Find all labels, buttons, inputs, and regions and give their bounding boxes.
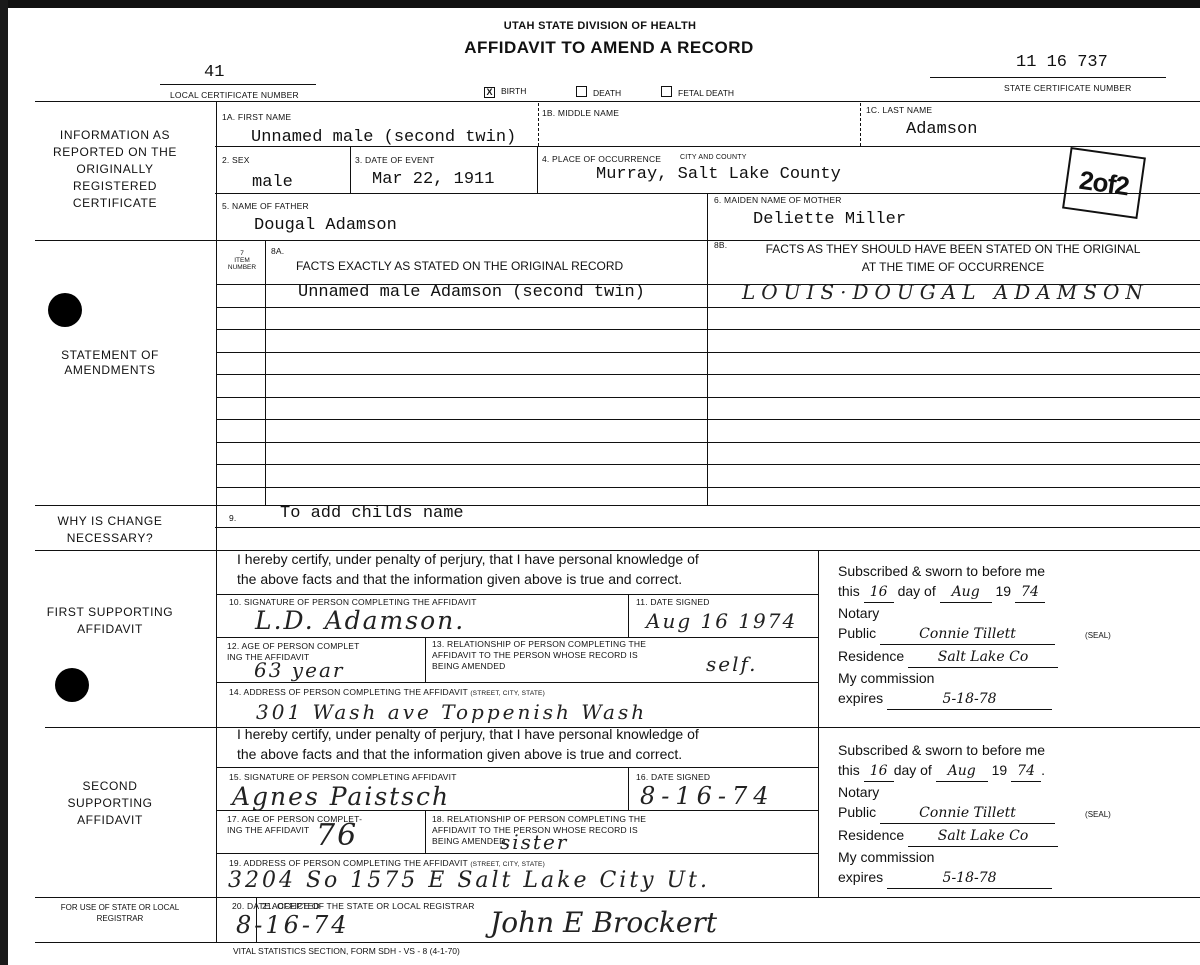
place-sublabel: CITY AND COUNTY — [680, 154, 747, 161]
first-name-value: Unnamed male (second twin) — [251, 128, 516, 147]
rule-f1 — [216, 594, 818, 595]
rule-f3 — [216, 682, 818, 683]
col-8a-header: FACTS EXACTLY AS STATED ON THE ORIGINAL … — [296, 259, 623, 273]
rule-section5 — [35, 897, 1200, 898]
checkbox-fetal-death[interactable]: FETAL DEATH — [661, 86, 734, 98]
page-stamp: 2of2 — [1062, 147, 1146, 219]
date-of-event-value: Mar 22, 1911 — [372, 170, 494, 189]
second-age-value: 76 — [316, 818, 358, 853]
first-notary-expires: 5-18-78 — [887, 689, 1052, 710]
punch-hole-2 — [55, 668, 89, 702]
first-address-label: 14. ADDRESS OF PERSON COMPLETING THE AFF… — [229, 687, 545, 697]
first-certify-line1: I hereby certify, under penalty of perju… — [237, 551, 699, 567]
why-num: 9. — [229, 513, 237, 523]
state-cert-label: STATE CERTIFICATE NUMBER — [1004, 83, 1131, 93]
section-statement-label: STATEMENT OF AMENDMENTS — [40, 348, 180, 377]
second-address-label: 19. ADDRESS OF PERSON COMPLETING THE AFF… — [229, 858, 545, 868]
middle-name-label: 1B. MIDDLE NAME — [542, 108, 619, 118]
amend-row-line — [216, 374, 1200, 375]
checkbox-mark-birth: X — [484, 87, 495, 98]
state-cert-line — [930, 77, 1166, 78]
rule-f2 — [216, 637, 818, 638]
first-age-value: 63 year — [254, 658, 344, 682]
rule-section2 — [35, 505, 1200, 506]
section-why-label: WHY IS CHANGE NECESSARY? — [40, 513, 180, 547]
form-footer: VITAL STATISTICS SECTION, FORM SDH - VS … — [233, 946, 460, 956]
second-notary-expires: 5-18-78 — [887, 868, 1052, 889]
punch-hole-1 — [48, 293, 82, 327]
second-date-value: 8-16-74 — [640, 782, 775, 810]
second-signature[interactable]: Agnes Paistsch — [232, 782, 450, 811]
last-name-label: 1C. LAST NAME — [866, 105, 932, 115]
col-8b-header: FACTS AS THEY SHOULD HAVE BEEN STATED ON… — [708, 240, 1198, 276]
father-value: Dougal Adamson — [254, 216, 397, 235]
first-notary-block: Subscribed & sworn to before me this 16 … — [838, 561, 1198, 710]
first-notary-day: 16 — [864, 582, 894, 603]
first-relationship-label: 13. RELATIONSHIP OF PERSON COMPLETING TH… — [432, 639, 646, 672]
second-relationship-value: sister — [500, 830, 568, 854]
rule-top — [35, 101, 1200, 102]
first-notary-year: 74 — [1015, 582, 1045, 603]
rule-1b-1c — [860, 103, 861, 146]
rule-3-4 — [537, 146, 538, 193]
father-label: 5. NAME OF FATHER — [222, 201, 309, 211]
first-signature[interactable]: L.D. Adamson. — [255, 606, 465, 635]
section-second-label: SECOND SUPPORTING AFFIDAVIT — [40, 778, 180, 829]
second-date-label: 16. DATE SIGNED — [636, 772, 710, 782]
local-cert-label: LOCAL CERTIFICATE NUMBER — [170, 90, 299, 100]
checkbox-mark-death — [576, 86, 587, 97]
amend-row-line — [216, 464, 1200, 465]
rule-5-6 — [707, 193, 708, 240]
first-date-value: Aug 16 1974 — [646, 609, 797, 633]
amendment-corrected-value: LOUIS·DOUGAL ADAMSON — [742, 280, 1149, 304]
registrar-signature[interactable]: John E Brockert — [490, 906, 717, 939]
amend-row-line — [216, 307, 1200, 308]
rule-1a-1b — [538, 103, 539, 146]
first-relationship-value: self. — [706, 652, 758, 676]
rule-notary-col — [818, 550, 819, 897]
amend-row-line — [216, 442, 1200, 443]
section-original-label: INFORMATION AS REPORTED ON THE ORIGINALL… — [40, 127, 190, 212]
item-number-header: 7ITEM NUMBER — [220, 250, 264, 271]
second-notary-month: Aug — [936, 761, 988, 782]
second-notary-residence: Salt Lake Co — [908, 826, 1058, 847]
why-value: To add childs name — [280, 504, 464, 523]
second-address-value: 3204 So 1575 E Salt Lake City Ut. — [228, 868, 710, 893]
second-notary-public: Connie Tillett — [880, 803, 1055, 824]
second-certify-line2: the above facts and that the information… — [237, 746, 682, 762]
second-notary-day: 16 — [864, 761, 894, 782]
rule-bottom — [35, 942, 1200, 943]
first-certify-line2: the above facts and that the information… — [237, 571, 682, 587]
checkbox-mark-fetal — [661, 86, 672, 97]
state-certificate-number: 11 16 737 — [1016, 53, 1108, 72]
amend-row-line — [216, 329, 1200, 330]
local-certificate-number: 41 — [204, 63, 224, 82]
mother-label: 6. MAIDEN NAME OF MOTHER — [714, 195, 842, 205]
last-name-value: Adamson — [906, 120, 977, 139]
rule-s1 — [216, 767, 818, 768]
second-certify-line1: I hereby certify, under penalty of perju… — [237, 726, 699, 742]
amend-row-line — [216, 352, 1200, 353]
registrar-office-label: 21. OFFICE OF THE STATE OR LOCAL REGISTR… — [262, 901, 475, 911]
mother-value: Deliette Miller — [753, 210, 906, 229]
rule-8a-8b — [707, 240, 708, 505]
col-8a-num: 8A. — [271, 246, 284, 256]
amend-row-line — [216, 419, 1200, 420]
sex-value: male — [252, 173, 293, 192]
rule-12-13 — [425, 637, 426, 682]
scan-left-edge — [0, 0, 8, 965]
section-first-label: FIRST SUPPORTING AFFIDAVIT — [40, 604, 180, 638]
first-address-value: 301 Wash ave Toppenish Wash — [256, 700, 647, 724]
place-value: Murray, Salt Lake County — [596, 165, 841, 184]
rule-2-3 — [350, 146, 351, 193]
rule-left-col — [216, 101, 217, 943]
amend-row-line — [216, 397, 1200, 398]
checkbox-death[interactable]: DEATH — [576, 86, 621, 98]
rule-17-18 — [425, 810, 426, 853]
first-notary-residence: Salt Lake Co — [908, 647, 1058, 668]
first-name-label: 1A. FIRST NAME — [222, 112, 291, 122]
agency-name: UTAH STATE DIVISION OF HEALTH — [0, 20, 1200, 32]
second-notary-block: Subscribed & sworn to before me this 16d… — [838, 740, 1198, 889]
amendment-original-value: Unnamed male Adamson (second twin) — [298, 283, 645, 302]
place-label: 4. PLACE OF OCCURRENCE — [542, 154, 661, 164]
scan-top-edge — [0, 0, 1200, 8]
rule-15-16 — [628, 767, 629, 810]
date-of-event-label: 3. DATE OF EVENT — [355, 155, 435, 165]
rule-why-inner — [215, 527, 1200, 528]
first-date-label: 11. DATE SIGNED — [636, 597, 710, 607]
local-cert-line — [160, 84, 316, 85]
first-notary-public: Connie Tillett — [880, 624, 1055, 645]
rule-item-col — [265, 240, 266, 505]
second-signature-label: 15. SIGNATURE OF PERSON COMPLETING AFFID… — [229, 772, 457, 782]
amend-row-line — [216, 487, 1200, 488]
second-notary-year: 74 — [1011, 761, 1041, 782]
sex-label: 2. SEX — [222, 155, 250, 165]
rule-10-11 — [628, 594, 629, 637]
section-registrar-label: FOR USE OF STATE OR LOCAL REGISTRAR — [60, 902, 180, 924]
date-accepted-value: 8-16-74 — [236, 911, 350, 939]
checkbox-birth[interactable]: XBIRTH — [484, 86, 526, 98]
first-notary-month: Aug — [940, 582, 992, 603]
